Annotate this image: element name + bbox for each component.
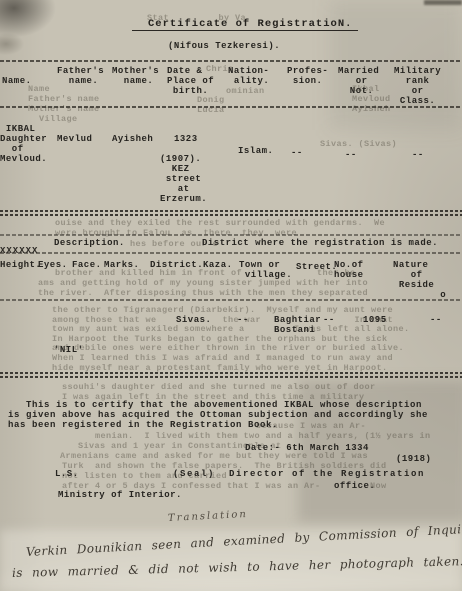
col-header-eyes: Eyes. bbox=[38, 260, 68, 270]
col-header-house: No.of house bbox=[334, 260, 364, 280]
document-subtitle: (Nifous Tezkeresi). bbox=[168, 41, 280, 51]
cell-name: IKBAL Daughter of Mevloud. bbox=[0, 124, 47, 164]
cell-nature: -- bbox=[430, 315, 442, 325]
col-header-father: Father's name. bbox=[57, 66, 104, 86]
bleedthrough-text: ominian bbox=[226, 86, 265, 96]
col-header-marks: Marks. bbox=[104, 260, 139, 270]
handwritten-note-line2: is now married & did not wish to have he… bbox=[12, 554, 462, 580]
bleedthrough-text: Name Father's name Mother's name Village bbox=[28, 84, 100, 124]
separator-dashed bbox=[0, 252, 462, 254]
col-header-married: Married or Not. bbox=[338, 66, 379, 96]
col-header-mother: Mother's name. bbox=[112, 66, 159, 86]
locus-sigilli: L.S. bbox=[55, 469, 79, 479]
cell-military: -- bbox=[412, 150, 424, 160]
certification-paragraph: This is to certify that the abovemention… bbox=[8, 400, 428, 430]
separator-dashed bbox=[0, 106, 462, 108]
section-header-district: District where the registration is made. bbox=[202, 238, 438, 248]
col-header-nationality: Nation- ality. bbox=[228, 66, 269, 86]
col-header-name: Name. bbox=[2, 76, 32, 86]
cell-birth-place: (1907). KEZ street at Erzerum. bbox=[160, 154, 207, 204]
cell-profession: -- bbox=[291, 148, 303, 158]
col-header-town: Town or village. bbox=[239, 260, 292, 280]
cell-description: 'NIL' bbox=[54, 345, 84, 355]
separator-dashed bbox=[0, 60, 462, 62]
bleedthrough-text: ssouhi's daughter died and she turned me… bbox=[62, 382, 376, 402]
cell-birth-year: 1323 bbox=[174, 134, 198, 144]
bleedthrough-text: menian. I lived with them two and a half… bbox=[95, 431, 431, 441]
handwritten-note-line1: Verkin Dounikian seen and examined by Co… bbox=[26, 521, 462, 558]
bleedthrough-text: Donig Lucia bbox=[197, 95, 225, 115]
bleedthrough-text: ams and getting hold of my young sister … bbox=[38, 278, 368, 298]
cell-nationality: Islam. bbox=[238, 146, 273, 156]
scan-artifact-top-right bbox=[424, 0, 462, 5]
overstrike-mark: XXXXXX bbox=[0, 246, 38, 256]
separator-dashed bbox=[0, 234, 462, 236]
bleedthrough-text: Sivas. (Sivas) bbox=[320, 139, 397, 149]
col-header-birth: Date & Place of birth. bbox=[167, 66, 214, 96]
date-line: Date:- 6th March 1334 bbox=[245, 443, 369, 453]
seal-office-word: office. bbox=[334, 481, 375, 491]
separator-heavy bbox=[0, 210, 462, 216]
scanned-certificate-document: Stat by Va Name Father's name Mother's n… bbox=[0, 0, 462, 591]
document-title: Certificate of RegistratioN. bbox=[132, 19, 358, 31]
col-header-height: Height. bbox=[0, 260, 41, 270]
cell-town: Baghtiar Bostani bbox=[274, 315, 321, 335]
separator-heavy bbox=[0, 372, 462, 378]
col-header-nature: Nature of Reside o bbox=[393, 260, 446, 300]
col-header-face: Face. bbox=[72, 260, 102, 270]
cell-married: -- bbox=[345, 150, 357, 160]
cell-street: -- bbox=[323, 315, 335, 325]
seal-signature-line: (Seal) Director of the Registration bbox=[173, 469, 425, 479]
section-header-description: Description. bbox=[54, 238, 125, 248]
cell-district: Sivas. bbox=[176, 315, 211, 325]
col-header-profession: Profes- sion. bbox=[287, 66, 328, 86]
translation-label: Translation bbox=[168, 509, 248, 524]
date-year: (1918) bbox=[396, 454, 431, 464]
separator-dashed bbox=[0, 299, 462, 301]
cell-kaza: -- bbox=[237, 315, 249, 325]
cell-father: Mevlud bbox=[57, 134, 92, 144]
col-header-district: District. bbox=[150, 260, 203, 270]
cell-mother: Ayisheh bbox=[112, 134, 153, 144]
ministry-line: Ministry of Interior. bbox=[58, 490, 182, 500]
cell-house: 1095 bbox=[363, 315, 387, 325]
col-header-military: Military rank or Class. bbox=[394, 66, 441, 106]
col-header-kaza: Kaza. bbox=[203, 260, 233, 270]
col-header-street: Street. bbox=[296, 262, 337, 272]
bleedthrough-text: the other to Tigranagerd (Diarbekir). My… bbox=[52, 306, 410, 373]
